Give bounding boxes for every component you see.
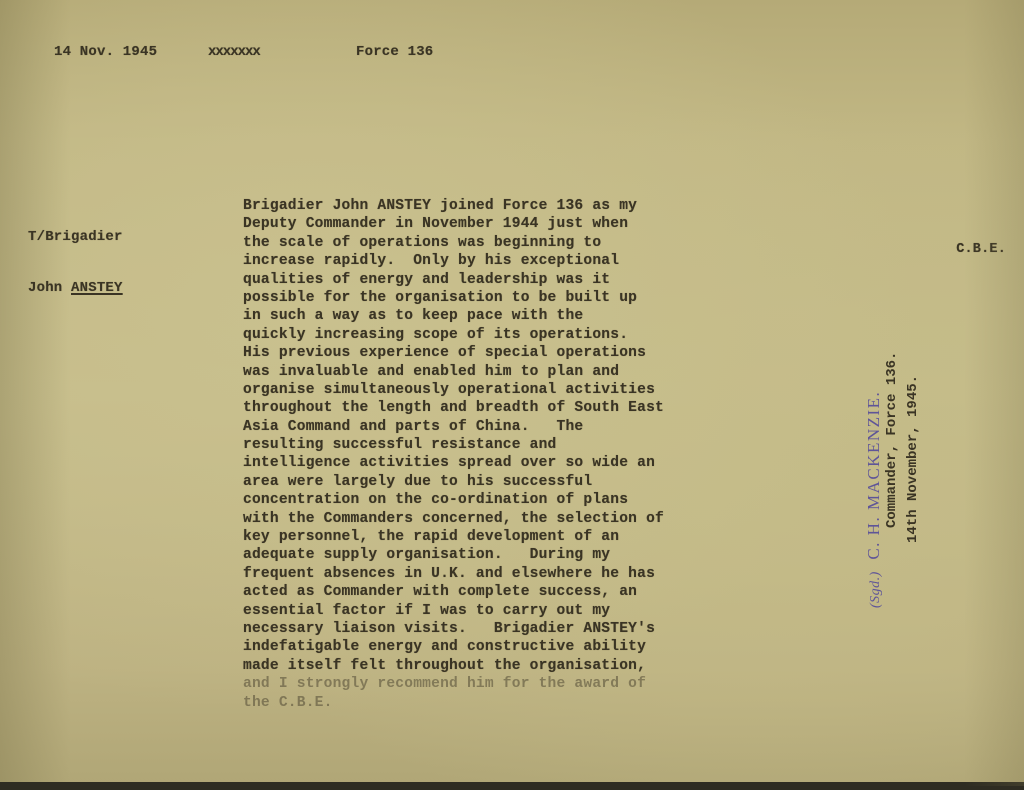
citation-line: necessary liaison visits. Brigadier ANST…: [243, 620, 664, 638]
citation-line: acted as Commander with complete success…: [243, 583, 664, 601]
citation-line: possible for the organisation to be buil…: [243, 289, 664, 307]
citation-text: Brigadier John ANSTEY joined Force 136 a…: [243, 197, 664, 712]
citation-line: indefatigable energy and constructive ab…: [243, 638, 664, 656]
citation-line: frequent absences in U.K. and elsewhere …: [243, 565, 664, 583]
citation-line: was invaluable and enabled him to plan a…: [243, 363, 664, 381]
signature-block: (Sgd.) C. H. MACKENZIE. Commander, Force…: [830, 300, 940, 610]
signatory-title: Commander, Force 136.: [884, 352, 900, 528]
signatory-name: C. H. MACKENZIE.: [864, 391, 883, 560]
citation-line: qualities of energy and leadership was i…: [243, 271, 664, 289]
header-redacted-field: xxxxxxx: [208, 44, 260, 60]
citation-line: Asia Command and parts of China. The: [243, 418, 664, 436]
citation-line: essential factor if I was to carry out m…: [243, 602, 664, 620]
citation-line: key personnel, the rapid development of …: [243, 528, 664, 546]
recipient-surname: ANSTEY: [71, 280, 123, 296]
citation-line: adequate supply organisation. During my: [243, 546, 664, 564]
page-bottom-edge: [0, 782, 1024, 786]
citation-line: the scale of operations was beginning to: [243, 234, 664, 252]
award-label: C.B.E.: [956, 242, 1006, 257]
citation-line: quickly increasing scope of its operatio…: [243, 326, 664, 344]
citation-line: Deputy Commander in November 1944 just w…: [243, 215, 664, 233]
citation-line: made itself felt throughout the organisa…: [243, 657, 664, 675]
recipient-name-block: T/Brigadier John ANSTEY: [28, 195, 123, 331]
header-date: 14 Nov. 1945: [54, 44, 157, 60]
signature-date: 14th November, 1945.: [905, 375, 921, 543]
citation-line: area were largely due to his successful: [243, 473, 664, 491]
citation-line: concentration on the co-ordination of pl…: [243, 491, 664, 509]
citation-line: His previous experience of special opera…: [243, 344, 664, 362]
citation-line: intelligence activities spread over so w…: [243, 454, 664, 472]
signature-stamp: (Sgd.) C. H. MACKENZIE.: [864, 391, 884, 608]
citation-line: and I strongly recommend him for the awa…: [243, 675, 664, 693]
citation-line: increase rapidly. Only by his exceptiona…: [243, 252, 664, 270]
citation-line: with the Commanders concerned, the selec…: [243, 510, 664, 528]
citation-line: Brigadier John ANSTEY joined Force 136 a…: [243, 197, 664, 215]
citation-line: in such a way as to keep pace with the: [243, 307, 664, 325]
recipient-name: John ANSTEY: [28, 280, 123, 297]
recipient-first-name: John: [28, 280, 62, 296]
header-unit: Force 136: [356, 44, 433, 60]
citation-line: resulting successful resistance and: [243, 436, 664, 454]
citation-line: organise simultaneously operational acti…: [243, 381, 664, 399]
citation-line: the C.B.E.: [243, 694, 664, 712]
citation-line: throughout the length and breadth of Sou…: [243, 399, 664, 417]
signed-marker: (Sgd.): [868, 571, 883, 608]
recipient-rank: T/Brigadier: [28, 229, 123, 246]
document-page: 14 Nov. 1945 xxxxxxx Force 136 T/Brigadi…: [0, 0, 1024, 786]
